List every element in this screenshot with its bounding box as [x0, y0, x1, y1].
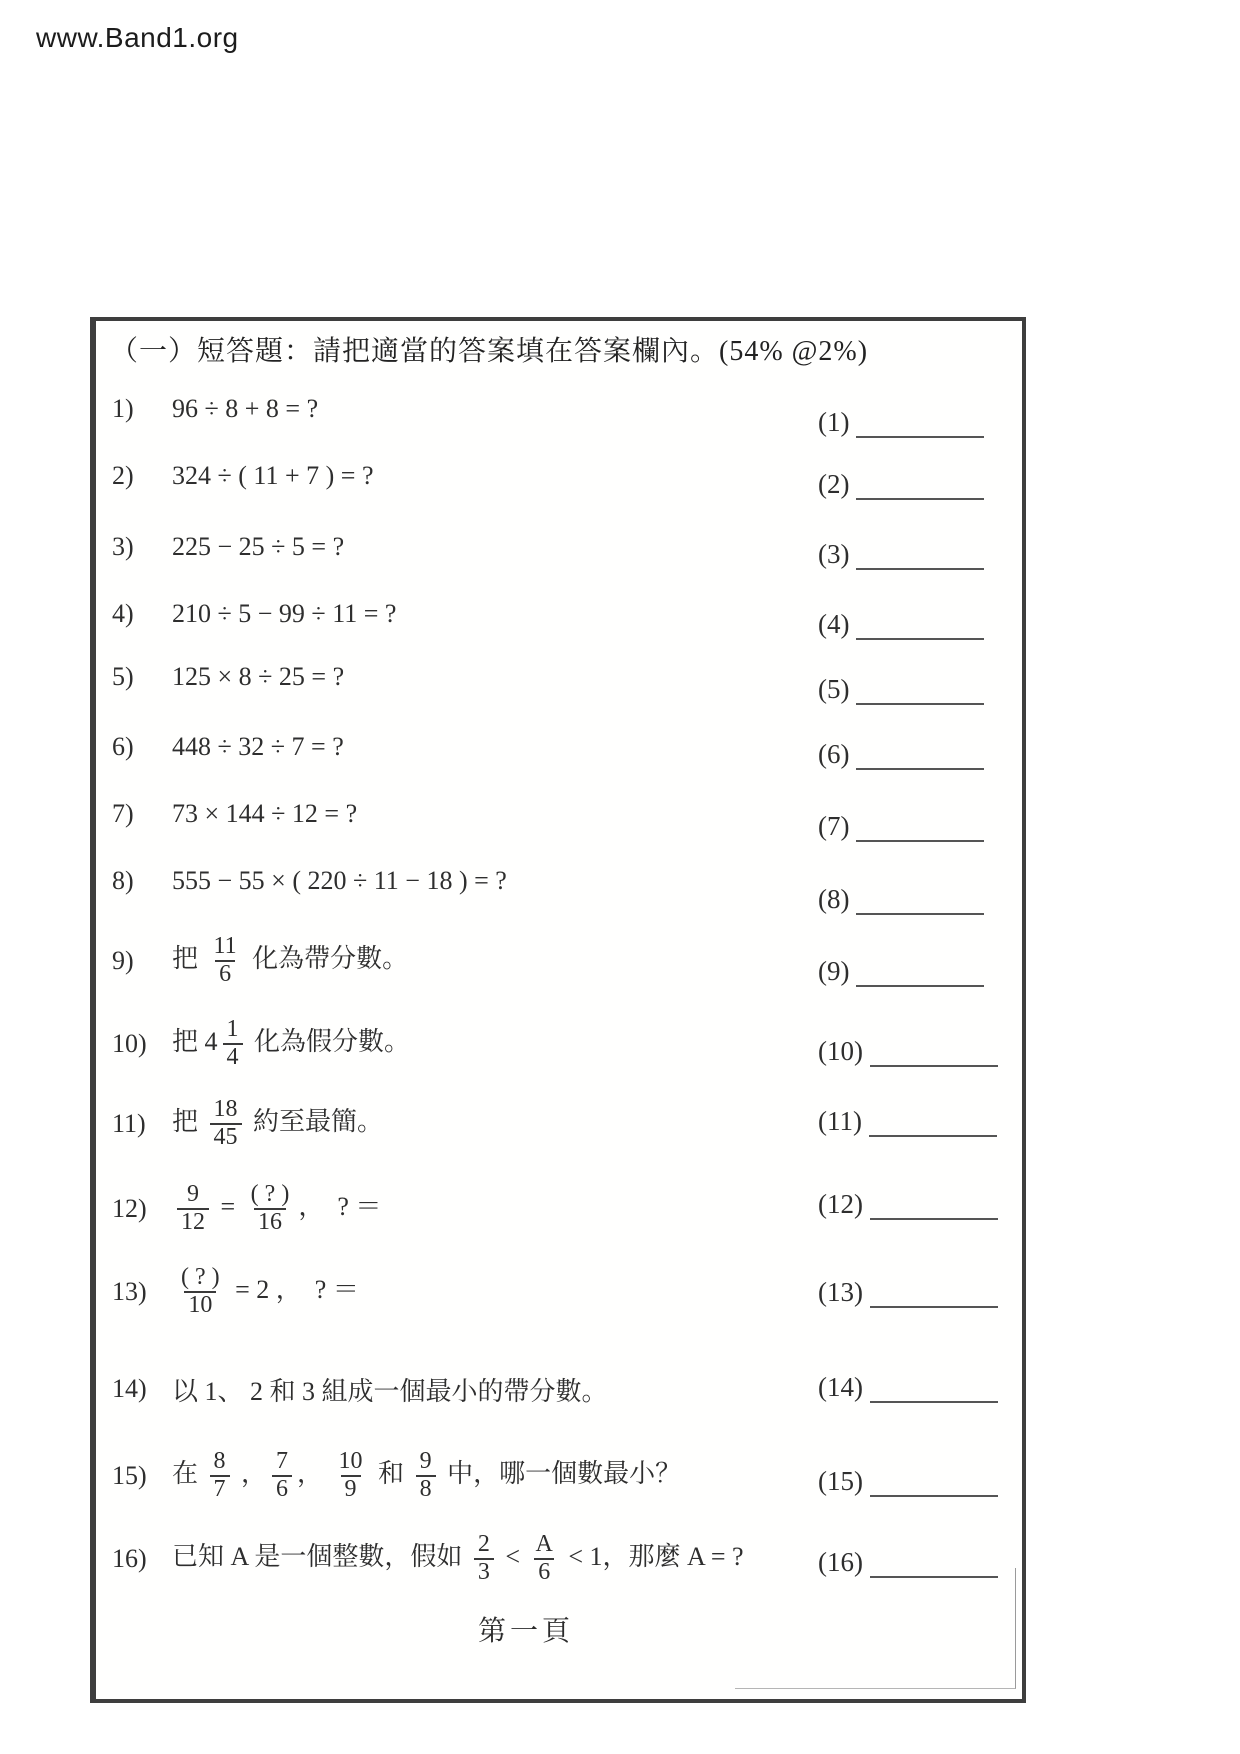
answer-label: (11) — [818, 1106, 862, 1137]
fraction: 76 — [272, 1449, 292, 1503]
answer-row-11: (11) — [818, 1097, 997, 1137]
fraction-numerator: 1 — [223, 1017, 243, 1043]
fraction-denominator: 7 — [210, 1475, 230, 1503]
question-number: 1) — [112, 394, 172, 424]
answer-blank — [856, 404, 984, 438]
answer-row-4: (4) — [818, 600, 984, 640]
question-number: 5) — [112, 662, 172, 692]
fraction-numerator: 18 — [210, 1097, 242, 1123]
question-number: 9) — [112, 946, 172, 976]
question-number: 15) — [112, 1461, 172, 1491]
answer-blank — [870, 1033, 998, 1067]
question-row-3: 3)225 − 25 ÷ 5 = ? — [112, 511, 344, 583]
fraction-denominator: 16 — [254, 1208, 286, 1236]
question-text: 73 × 144 ÷ 12 = ? — [172, 799, 357, 829]
question-number: 3) — [112, 532, 172, 562]
answer-label: (10) — [818, 1036, 863, 1067]
fraction-numerator: ( ? ) — [177, 1265, 224, 1291]
answer-row-3: (3) — [818, 530, 984, 570]
answer-blank — [869, 1103, 997, 1137]
answer-label: (14) — [818, 1372, 863, 1403]
question-number: 14) — [112, 1374, 172, 1404]
question-text: 以 1、 2 和 3 組成一個最小的帶分數。 — [172, 1371, 608, 1408]
section-heading: （一）短答題：請把適當的答案填在答案欄內。(54% @2%) — [110, 329, 868, 369]
fraction-denominator: 8 — [416, 1475, 436, 1503]
answer-label: (4) — [818, 609, 849, 640]
question-text: 324 ÷ ( 11 + 7 ) = ? — [172, 461, 374, 491]
fraction-denominator: 4 — [223, 1043, 243, 1071]
question-row-5: 5)125 × 8 ÷ 25 = ? — [112, 641, 344, 713]
answer-row-8: (8) — [818, 875, 984, 915]
answer-row-14: (14) — [818, 1363, 998, 1403]
answer-label: (1) — [818, 407, 849, 438]
answer-row-9: (9) — [818, 947, 984, 987]
question-row-7: 7)73 × 144 ÷ 12 = ? — [112, 778, 357, 850]
answer-row-6: (6) — [818, 730, 984, 770]
scanned-worksheet-page: { "page": { "watermark": "www.Band1.org"… — [0, 0, 1240, 1754]
fraction-denominator: 10 — [184, 1291, 216, 1319]
answer-label: (12) — [818, 1189, 863, 1220]
fraction-numerator: 9 — [416, 1449, 436, 1475]
question-row-13: 13)( ? )10 = 2 ， ? ＝ — [112, 1256, 359, 1328]
answer-blank — [870, 1369, 998, 1403]
answer-label: (8) — [818, 884, 849, 915]
question-text: 912 = ( ? )16， ? ＝ — [172, 1182, 381, 1236]
answer-blank — [870, 1463, 998, 1497]
question-text: 555 − 55 × ( 220 ÷ 11 − 18 ) = ? — [172, 866, 507, 896]
question-text: 96 ÷ 8 + 8 = ? — [172, 394, 318, 424]
answer-label: (7) — [818, 811, 849, 842]
question-row-12: 12)912 = ( ? )16， ? ＝ — [112, 1173, 381, 1245]
question-row-8: 8)555 − 55 × ( 220 ÷ 11 − 18 ) = ? — [112, 845, 507, 917]
question-row-11: 11)把 1845 約至最簡。 — [112, 1088, 383, 1160]
answer-label: (6) — [818, 739, 849, 770]
answer-label: (15) — [818, 1466, 863, 1497]
question-text: 225 − 25 ÷ 5 = ? — [172, 532, 344, 562]
question-text: 把 116 化為帶分數。 — [172, 934, 408, 988]
question-number: 4) — [112, 599, 172, 629]
answer-blank — [856, 466, 984, 500]
worksheet-box: （一）短答題：請把適當的答案填在答案欄內。(54% @2%) 1)96 ÷ 8 … — [90, 317, 1026, 1703]
question-text: 210 ÷ 5 − 99 ÷ 11 = ? — [172, 599, 396, 629]
question-row-14: 14)以 1、 2 和 3 組成一個最小的帶分數。 — [112, 1353, 608, 1425]
answer-blank — [856, 671, 984, 705]
question-number: 13) — [112, 1277, 172, 1307]
answer-blank — [856, 606, 984, 640]
question-text: 把 414 化為假分數。 — [172, 1017, 410, 1071]
question-row-10: 10)把 414 化為假分數。 — [112, 1008, 410, 1080]
fraction: 23 — [474, 1532, 494, 1586]
fraction-numerator: 2 — [474, 1532, 494, 1558]
fraction: 98 — [416, 1449, 436, 1503]
question-row-6: 6)448 ÷ 32 ÷ 7 = ? — [112, 711, 344, 783]
question-number: 10) — [112, 1029, 172, 1059]
answer-blank — [856, 881, 984, 915]
answer-label: (3) — [818, 539, 849, 570]
answer-row-13: (13) — [818, 1268, 998, 1308]
answer-blank — [856, 736, 984, 770]
question-row-1: 1)96 ÷ 8 + 8 = ? — [112, 373, 318, 445]
fraction: 116 — [210, 934, 241, 988]
answer-row-12: (12) — [818, 1180, 998, 1220]
fraction-denominator: 6 — [215, 960, 235, 988]
question-row-9: 9)把 116 化為帶分數。 — [112, 925, 408, 997]
question-number: 12) — [112, 1194, 172, 1224]
fraction: A6 — [532, 1532, 557, 1586]
site-watermark: www.Band1.org — [36, 22, 239, 54]
fraction-denominator: 3 — [474, 1558, 494, 1586]
question-row-4: 4)210 ÷ 5 − 99 ÷ 11 = ? — [112, 578, 396, 650]
answer-label: (5) — [818, 674, 849, 705]
answer-label: (2) — [818, 469, 849, 500]
fraction: 14 — [223, 1017, 243, 1071]
fraction-numerator: 7 — [272, 1449, 292, 1475]
answer-blank — [856, 536, 984, 570]
question-text: 在 87 ，76， 109 和 98 中，哪一個數最小？ — [172, 1449, 681, 1503]
question-number: 8) — [112, 866, 172, 896]
answer-blank — [870, 1274, 998, 1308]
question-text: 把 1845 約至最簡。 — [172, 1097, 383, 1151]
fraction: ( ? )10 — [177, 1265, 224, 1319]
fraction-numerator: A — [532, 1532, 557, 1558]
fraction-denominator: 6 — [272, 1475, 292, 1503]
question-number: 6) — [112, 732, 172, 762]
fraction-denominator: 45 — [210, 1123, 242, 1151]
question-text: 125 × 8 ÷ 25 = ? — [172, 662, 344, 692]
answer-label: (16) — [818, 1547, 863, 1578]
fraction-numerator: ( ? ) — [247, 1182, 294, 1208]
question-number: 2) — [112, 461, 172, 491]
fraction: 1845 — [210, 1097, 242, 1151]
fraction-denominator: 12 — [177, 1208, 209, 1236]
page-footer: 第一頁 — [426, 1609, 626, 1649]
fraction: 87 — [210, 1449, 230, 1503]
answer-label: (13) — [818, 1277, 863, 1308]
fraction-numerator: 9 — [183, 1182, 203, 1208]
fraction: 109 — [335, 1449, 367, 1503]
answer-blank — [856, 953, 984, 987]
fraction: 912 — [177, 1182, 209, 1236]
answer-blank — [870, 1544, 998, 1578]
question-row-15: 15)在 87 ，76， 109 和 98 中，哪一個數最小？ — [112, 1440, 681, 1512]
fraction-numerator: 8 — [210, 1449, 230, 1475]
answer-row-5: (5) — [818, 665, 984, 705]
question-text: ( ? )10 = 2 ， ? ＝ — [172, 1265, 359, 1319]
fraction-denominator: 9 — [341, 1475, 361, 1503]
question-number: 7) — [112, 799, 172, 829]
answer-row-15: (15) — [818, 1457, 998, 1497]
fraction: ( ? )16 — [247, 1182, 294, 1236]
question-number: 11) — [112, 1109, 172, 1139]
question-text: 448 ÷ 32 ÷ 7 = ? — [172, 732, 344, 762]
answer-label: (9) — [818, 956, 849, 987]
question-row-16: 16)已知 A 是一個整數，假如 23 < A6 < 1，那麼 A = ? — [112, 1523, 744, 1595]
question-text: 已知 A 是一個整數，假如 23 < A6 < 1，那麼 A = ? — [172, 1532, 744, 1586]
answer-blank — [870, 1186, 998, 1220]
answer-row-7: (7) — [818, 802, 984, 842]
fraction-numerator: 10 — [335, 1449, 367, 1475]
question-row-2: 2)324 ÷ ( 11 + 7 ) = ? — [112, 440, 374, 512]
answer-row-16: (16) — [818, 1538, 998, 1578]
answer-row-2: (2) — [818, 460, 984, 500]
fraction-numerator: 11 — [210, 934, 241, 960]
fraction-denominator: 6 — [534, 1558, 554, 1586]
answer-row-10: (10) — [818, 1027, 998, 1067]
answer-row-1: (1) — [818, 398, 984, 438]
question-number: 16) — [112, 1544, 172, 1574]
answer-blank — [856, 808, 984, 842]
